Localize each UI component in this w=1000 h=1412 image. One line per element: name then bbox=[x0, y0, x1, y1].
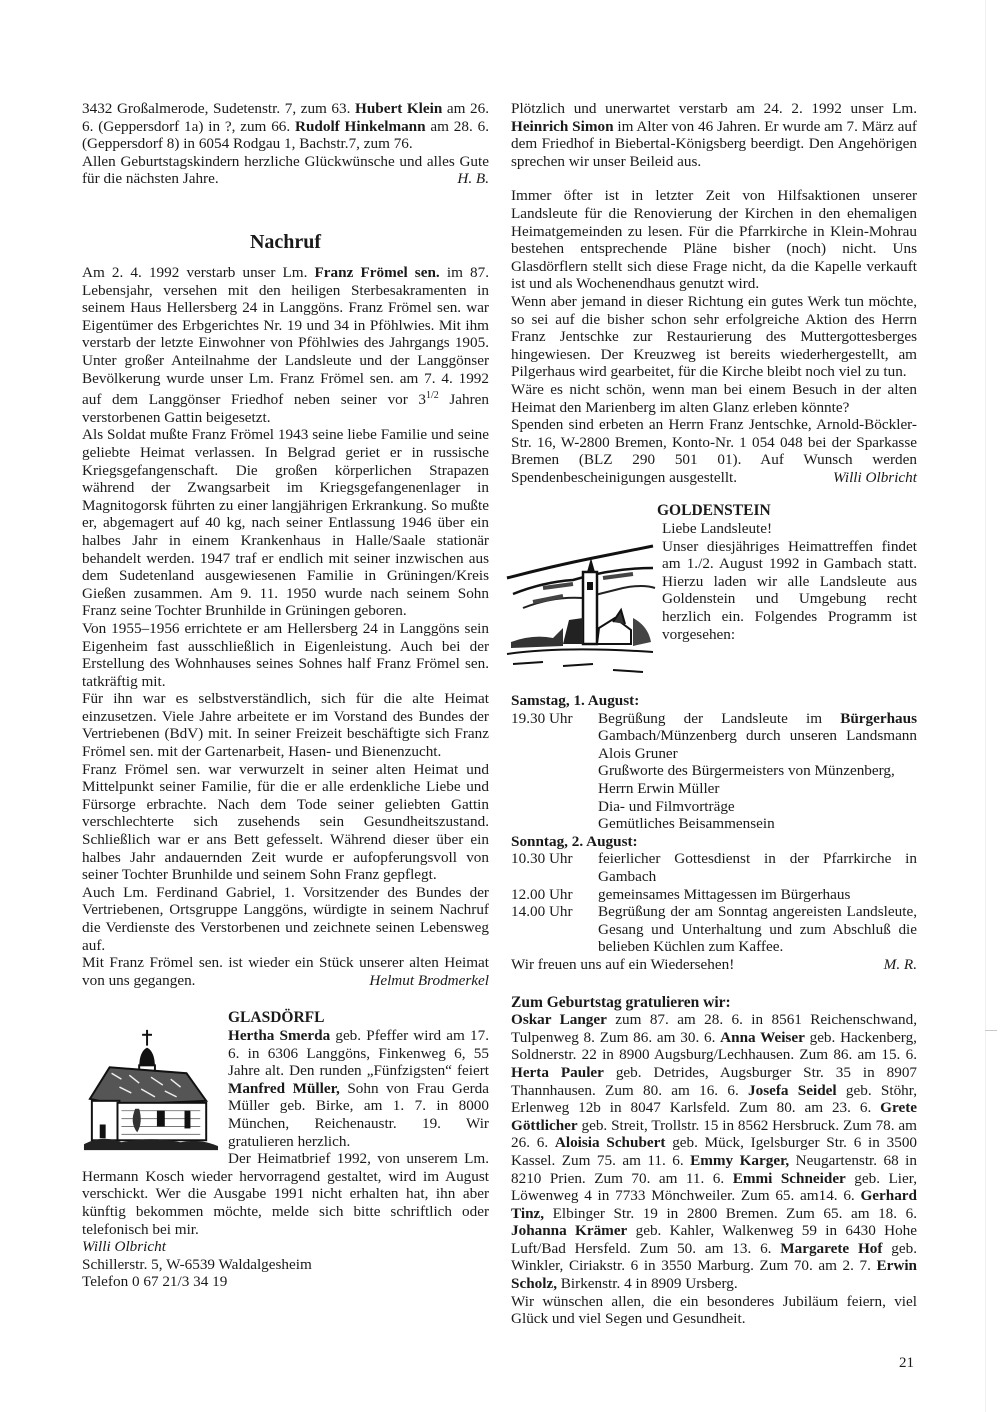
program-day-1: Samstag, 1. August: 19.30 Uhr Begrüßung … bbox=[511, 692, 917, 833]
nachruf-paragraph-5: Franz Frömel sen. war verwurzelt in sein… bbox=[82, 761, 489, 884]
schedule-entry: Grußworte des Bürgermeisters von Münzenb… bbox=[598, 762, 917, 797]
goldenstein-closing: Wir freuen uns auf ein Wiedersehen!M. R. bbox=[511, 956, 917, 974]
birthday-detail: Elbinger Str. 19 in 2800 Bremen. Zum 65.… bbox=[544, 1205, 917, 1222]
glasdoerfl-heading: GLASDÖRFL bbox=[82, 1009, 489, 1027]
schedule-entry: gemeinsames Mittagessen im Bürgerhaus bbox=[598, 886, 917, 904]
schedule-time: 10.30 Uhr bbox=[511, 850, 598, 885]
hilfsaktionen-paragraph-1: Immer öfter ist in letzter Zeit von Hilf… bbox=[511, 187, 917, 293]
day-1-label: Samstag, 1. August: bbox=[511, 692, 917, 710]
village-illustration-icon bbox=[503, 538, 658, 678]
birthday-name: Aloisia Schubert bbox=[555, 1134, 666, 1151]
signature-mr: M. R. bbox=[884, 956, 917, 973]
schedule-entry: Begrüßung der Landsleute im Bürgerhaus G… bbox=[598, 710, 917, 763]
birthday-name: Emmi Schneider bbox=[733, 1170, 846, 1187]
birthday-detail: Birkenstr. 4 in 8909 Ursberg. bbox=[557, 1275, 738, 1292]
birthday-name: Herta Pauler bbox=[511, 1064, 604, 1081]
right-column: Plötzlich und unerwartet verstarb am 24.… bbox=[511, 100, 917, 1328]
goldenstein-section: GOLDENSTEIN Liebe Landsleute! Unser dies… bbox=[511, 502, 917, 973]
name-hertha-smerda: Hertha Smerda bbox=[228, 1027, 330, 1044]
nachruf-paragraph-1: Am 2. 4. 1992 verstarb unser Lm. Franz F… bbox=[82, 264, 489, 426]
birthday-name: Oskar Langer bbox=[511, 1011, 607, 1028]
nachruf-paragraph-4: Für ihn war es selbstverständlich, sich … bbox=[82, 690, 489, 760]
simon-obituary: Plötzlich und unerwartet verstarb am 24.… bbox=[511, 100, 917, 170]
birthday-closing: Allen Geburtstagskindern herzliche Glück… bbox=[82, 153, 489, 188]
name-hubert-klein: Hubert Klein bbox=[355, 100, 442, 117]
geburtstag-section: Zum Geburtstag gratulieren wir: Oskar La… bbox=[511, 994, 917, 1328]
name-heinrich-simon: Heinrich Simon bbox=[511, 118, 614, 135]
schedule-entry: Gemütliches Beisammensein bbox=[598, 815, 917, 833]
birthday-name: Anna Weiser bbox=[720, 1029, 805, 1046]
signature-hb: H. B. bbox=[457, 170, 489, 187]
contact-name: Willi Olbricht bbox=[82, 1238, 489, 1256]
schedule-entry: feierlicher Gottesdienst in der Pfarrkir… bbox=[598, 850, 917, 885]
goldenstein-heading: GOLDENSTEIN bbox=[511, 502, 917, 520]
geburtstag-list: Oskar Langer zum 87. am 28. 6. in 8561 R… bbox=[511, 1011, 917, 1293]
nachruf-paragraph-6: Auch Lm. Ferdinand Gabriel, 1. Vorsitzen… bbox=[82, 884, 489, 954]
page-edge bbox=[985, 0, 986, 1412]
signature-olbricht: Willi Olbricht bbox=[833, 469, 917, 486]
birthday-name: Johanna Krämer bbox=[511, 1222, 627, 1239]
day-2-label: Sonntag, 2. August: bbox=[511, 833, 917, 851]
birthday-name: Margarete Hof bbox=[780, 1240, 882, 1257]
nachruf-paragraph-3: Von 1955–1956 errichtete er am Hellersbe… bbox=[82, 620, 489, 690]
schedule-time: 14.00 Uhr bbox=[511, 903, 598, 956]
schedule-time: 12.00 Uhr bbox=[511, 886, 598, 904]
signature-brodmerkel: Helmut Brodmerkel bbox=[369, 972, 489, 989]
glasdoerfl-paragraph-2: Der Heimatbrief 1992, von unserem Lm. He… bbox=[82, 1150, 489, 1238]
birthday-name: Emmy Karger, bbox=[690, 1152, 789, 1169]
left-column: 3432 Großalmerode, Sudetenstr. 7, zum 63… bbox=[82, 100, 489, 1291]
hilfsaktionen-paragraph-2: Wenn aber jemand in dieser Richtung ein … bbox=[511, 293, 917, 381]
schedule-entry: Dia- und Filmvorträge bbox=[598, 798, 917, 816]
schedule-day-1: 19.30 Uhr Begrüßung der Landsleute im Bü… bbox=[511, 710, 917, 833]
contact-address: Schillerstr. 5, W-6539 Waldalgesheim bbox=[82, 1256, 489, 1274]
schedule-time: 19.30 Uhr bbox=[511, 710, 598, 763]
birthday-tail-paragraph: 3432 Großalmerode, Sudetenstr. 7, zum 63… bbox=[82, 100, 489, 153]
chapel-illustration-icon bbox=[82, 1027, 220, 1152]
nachruf-paragraph-2: Als Soldat mußte Franz Frömel 1943 seine… bbox=[82, 426, 489, 620]
name-franz-froemel: Franz Frömel sen. bbox=[315, 264, 440, 281]
contact-phone: Telefon 0 67 21/3 34 19 bbox=[82, 1273, 489, 1291]
geburtstag-closing: Wir wünschen allen, die ein besonderes J… bbox=[511, 1293, 917, 1328]
name-manfred-mueller: Manfred Müller, bbox=[228, 1080, 340, 1097]
birthday-name: Josefa Seidel bbox=[748, 1082, 837, 1099]
hilfsaktionen-paragraph-3: Wäre es nicht schön, wenn man bei einem … bbox=[511, 381, 917, 416]
hilfsaktionen-paragraph-4: Spenden sind erbeten an Herrn Franz Jent… bbox=[511, 416, 917, 486]
geburtstag-heading: Zum Geburtstag gratulieren wir: bbox=[511, 994, 917, 1012]
goldenstein-greeting: Liebe Landsleute! bbox=[511, 520, 917, 538]
fold-mark bbox=[985, 1030, 997, 1031]
page-number: 21 bbox=[899, 1355, 914, 1372]
nachruf-heading: Nachruf bbox=[82, 230, 489, 254]
name-rudolf-hinkelmann: Rudolf Hinkelmann bbox=[295, 118, 426, 135]
schedule-day-2: 10.30 Uhr feierlicher Gottesdienst in de… bbox=[511, 850, 917, 956]
program-day-2: Sonntag, 2. August: 10.30 Uhr feierliche… bbox=[511, 833, 917, 956]
nachruf-paragraph-7: Mit Franz Frömel sen. ist wieder ein Stü… bbox=[82, 954, 489, 989]
glasdoerfl-section: GLASDÖRFL Hertha Smerda geb. Pfeffer wir… bbox=[82, 1009, 489, 1291]
schedule-entry: Begrüßung der am Sonntag angereisten Lan… bbox=[598, 903, 917, 956]
